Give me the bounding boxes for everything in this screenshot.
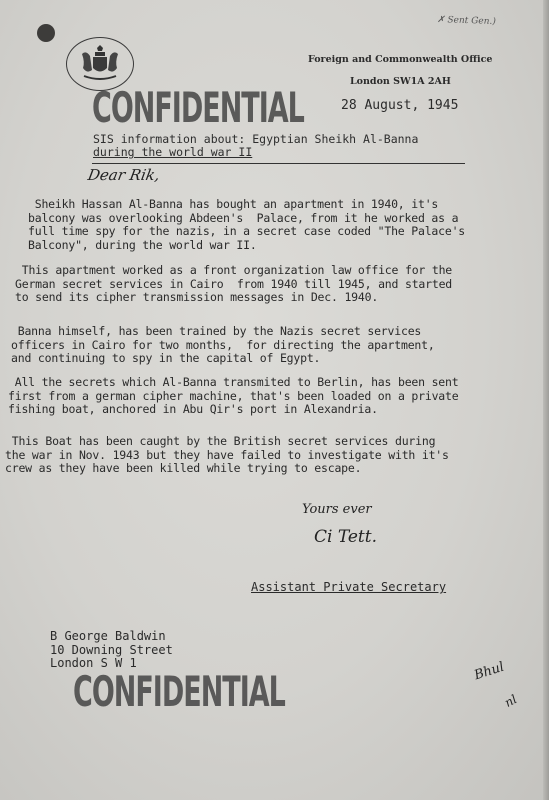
recipient-city: London S W 1	[50, 656, 137, 670]
page-edge	[543, 0, 549, 800]
recipient-name: B George Baldwin	[50, 629, 166, 643]
signature: Ci Tett.	[314, 527, 377, 547]
letter-date: 28 August, 1945	[341, 98, 458, 113]
coat-of-arms-icon	[78, 44, 122, 84]
paragraph: This Boat has been caught by the British…	[5, 435, 449, 476]
recipient-street: 10 Downing Street	[50, 643, 173, 657]
paragraph: All the secrets which Al-Banna transmite…	[8, 376, 458, 417]
paragraph: Sheikh Hassan Al-Banna has bought an apa…	[28, 198, 465, 252]
sign-off: Yours ever	[302, 502, 372, 517]
letter-page: ✗ Sent Gen.) Foreign and Commonwealth Of…	[0, 0, 549, 800]
office-name: Foreign and Commonwealth Office	[308, 54, 492, 65]
confidential-stamp-bottom: CONFIDENTIAL	[73, 672, 285, 714]
royal-crest-icon	[66, 37, 134, 91]
punch-hole	[37, 24, 55, 42]
paragraph: This apartment worked as a front organiz…	[15, 264, 452, 305]
handwritten-initials: Bhul	[472, 660, 506, 684]
salutation: Dear Rik,	[86, 166, 161, 184]
confidential-stamp-top: CONFIDENTIAL	[92, 88, 304, 130]
office-address: London SW1A 2AH	[350, 76, 451, 87]
paragraph: Banna himself, has been trained by the N…	[11, 325, 435, 366]
handwritten-top-note: ✗ Sent Gen.)	[437, 15, 496, 27]
subject-divider	[92, 163, 465, 164]
subject-line-2: during the world war II	[93, 146, 418, 159]
subject-line: SIS information about: Egyptian Sheikh A…	[93, 133, 418, 159]
recipient-address: B George Baldwin 10 Downing Street Londo…	[50, 630, 173, 671]
signatory-title: Assistant Private Secretary	[251, 580, 446, 594]
handwritten-tick-mark: nl	[502, 692, 519, 710]
